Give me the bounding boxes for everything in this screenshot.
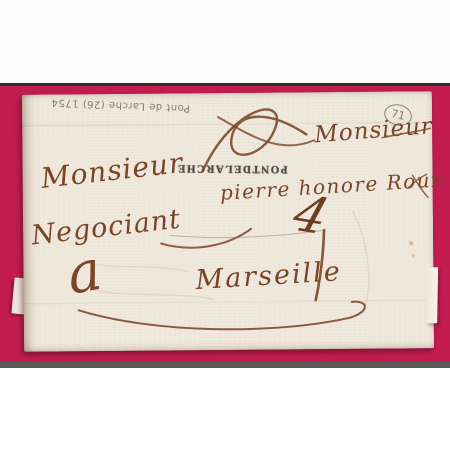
address-line-monsieur: Monsieur (39, 146, 185, 195)
ink-flourish-strokes (22, 91, 434, 352)
crimson-backdrop: Pont de Larche (26) 1754 71 Monsieur PON… (0, 86, 450, 362)
fold-crease (24, 299, 434, 305)
address-destination-prefix: a (62, 238, 107, 308)
photo-bottom-margin (0, 368, 450, 450)
address-line-monsieur-top: Monsieur (313, 113, 433, 148)
address-line-recipient-name: pierre honore Roux (219, 167, 444, 205)
address-line-profession: Negociant (30, 204, 183, 252)
photo-top-margin (0, 0, 450, 83)
paper-flap-right-edge (426, 267, 438, 323)
postmark-pont-de-larche: PONTDELARCHE (191, 162, 287, 175)
manuscript-postal-rate-mark: 4 (286, 185, 335, 246)
fold-crease (22, 121, 432, 127)
pencil-collector-annotation: Pont de Larche (26) 1754 (30, 96, 190, 114)
address-destination-city: Marseille (195, 256, 343, 296)
pencil-circled-number: 71 (382, 102, 414, 129)
folded-letter-cover: Pont de Larche (26) 1754 71 Monsieur PON… (22, 91, 434, 352)
